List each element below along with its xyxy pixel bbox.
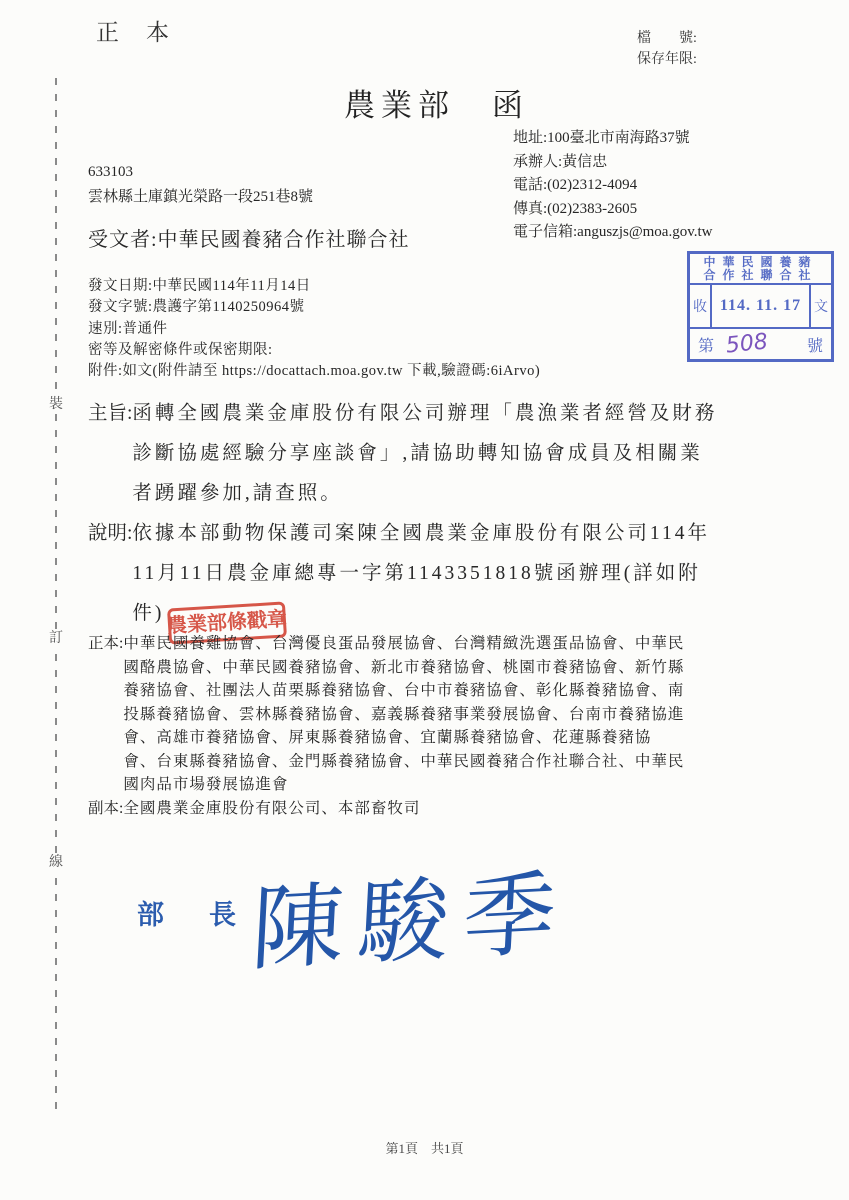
description-line: 11月11日農金庫總專一字第1143351818號函辦理(詳如附	[132, 554, 760, 594]
copy-recipients-label: 副本:	[88, 797, 123, 821]
receipt-stamp-doc-label: 文	[809, 285, 831, 327]
description-lines: 依據本部動物保護司案陳全國農業金庫股份有限公司114年 11月11日農金庫總專一…	[132, 514, 760, 641]
distribution-block: 正本: 中華民國養雞協會、台灣優良蛋品發展協會、台灣精緻洗選蛋品協會、中華民 國…	[88, 632, 768, 820]
official-letter-page: 裝 訂 線 正 本 檔 號: 保存年限: 農業部 函 地址:100臺北市南海路3…	[0, 0, 849, 1200]
document-meta-block: 發文日期:中華民國114年11月14日 發文字號:農護字第1140250964號…	[88, 276, 540, 382]
receipt-stamp-number-row: 第 508 號	[690, 329, 831, 359]
speed-class-line: 速別:普通件	[88, 319, 540, 340]
file-number-block: 檔 號: 保存年限:	[637, 28, 697, 70]
copy-recipients-lines: 全國農業金庫股份有限公司、本部畜牧司	[123, 797, 420, 821]
receipt-stamp-org-line2: 合作社聯合社	[692, 269, 829, 282]
original-recipients-line: 會、高雄市養豬協會、屏東縣養豬協會、宜蘭縣養豬協會、花蓮縣養豬協	[123, 726, 684, 750]
binding-mark-ding: 訂	[47, 630, 65, 648]
recipient-zip: 633103	[88, 160, 313, 185]
receipt-stamp-received-label: 收	[690, 285, 712, 327]
original-recipients-line: 會、台東縣養豬協會、金門縣養豬協會、中華民國養豬合作社聯合社、中華民	[123, 750, 684, 774]
document-title: 農業部 函	[0, 80, 849, 125]
attachment-line: 附件:如文(附件請至 https://docattach.moa.gov.tw …	[88, 361, 540, 382]
binding-mark-xian: 線	[47, 854, 65, 872]
original-recipients-line: 中華民國養雞協會、台灣優良蛋品發展協會、台灣精緻洗選蛋品協會、中華民	[123, 632, 684, 656]
receipt-stamp-number-prefix: 第	[698, 333, 714, 356]
agency-contact-block: 地址:100臺北市南海路37號 承辦人:黃信忠 電話:(02)2312-4094…	[513, 127, 713, 245]
original-recipients-line: 養豬協會、社團法人苗栗縣養豬協會、台中市養豬協會、彰化縣養豬協會、南	[123, 679, 684, 703]
letter-body: 主旨: 函轉全國農業金庫股份有限公司辦理「農漁業者經營及財務 診斷協處經驗分享座…	[88, 394, 760, 641]
agency-email: 電子信箱:anguszjs@moa.gov.tw	[513, 221, 713, 245]
subject-label: 主旨:	[88, 394, 132, 514]
agency-phone: 電話:(02)2312-4094	[513, 174, 713, 198]
copy-recipients-line: 全國農業金庫股份有限公司、本部畜牧司	[123, 797, 420, 821]
receipt-stamp-org: 中華民國養豬 合作社聯合社	[690, 254, 831, 283]
agency-fax: 傳真:(02)2383-2605	[513, 198, 713, 222]
receipt-stamp-number-suffix: 號	[807, 333, 823, 356]
description-label: 說明:	[88, 514, 132, 641]
description-paragraph: 說明: 依據本部動物保護司案陳全國農業金庫股份有限公司114年 11月11日農金…	[88, 514, 760, 641]
receipt-stamp-date-row: 收 114. 11. 17 文	[690, 283, 831, 329]
agency-address: 地址:100臺北市南海路37號	[513, 127, 713, 151]
original-recipients-line: 投縣養豬協會、雲林縣養豬協會、嘉義縣養豬事業發展協會、台南市養豬協進	[123, 703, 684, 727]
receipt-stamp-handwritten-number: 508	[724, 329, 768, 358]
binding-dashed-line	[55, 78, 57, 1110]
security-class-line: 密等及解密條件或保密期限:	[88, 340, 540, 361]
receipt-stamp-date: 114. 11. 17	[712, 285, 809, 327]
original-recipients-line: 國肉品市場發展協進會	[123, 773, 684, 797]
description-line-end: 件)	[132, 603, 164, 624]
minister-signature: 陳駿季	[249, 839, 574, 988]
agency-contact-person: 承辦人:黃信忠	[513, 151, 713, 175]
issue-number-line: 發文字號:農護字第1140250964號	[88, 297, 540, 318]
original-recipients-lines: 中華民國養雞協會、台灣優良蛋品發展協會、台灣精緻洗選蛋品協會、中華民 國酪農協會…	[123, 632, 684, 797]
subject-line: 者踴躍參加,請查照。	[132, 474, 760, 514]
file-number-label: 檔 號:	[637, 28, 697, 49]
copy-type-label: 正 本	[96, 14, 171, 47]
subject-lines: 函轉全國農業金庫股份有限公司辦理「農漁業者經營及財務 診斷協處經驗分享座談會」,…	[132, 394, 760, 514]
original-recipients-label: 正本:	[88, 632, 123, 797]
subject-line: 診斷協處經驗分享座談會」,請協助轉知協會成員及相關業	[132, 434, 760, 474]
subject-line: 函轉全國農業金庫股份有限公司辦理「農漁業者經營及財務	[132, 394, 760, 434]
copy-recipients-paragraph: 副本: 全國農業金庫股份有限公司、本部畜牧司	[88, 797, 768, 821]
issue-date-line: 發文日期:中華民國114年11月14日	[88, 276, 540, 297]
recipient-postal-block: 633103 雲林縣土庫鎮光榮路一段251巷8號	[88, 160, 313, 210]
recipient-street: 雲林縣土庫鎮光榮路一段251巷8號	[88, 185, 313, 210]
original-recipients-line: 國酪農協會、中華民國養豬協會、新北市養豬協會、桃園市養豬協會、新竹縣	[123, 656, 684, 680]
recipient-line: 受文者:中華民國養豬合作社聯合社	[88, 223, 410, 252]
retention-period-label: 保存年限:	[637, 49, 697, 70]
original-recipients-paragraph: 正本: 中華民國養雞協會、台灣優良蛋品發展協會、台灣精緻洗選蛋品協會、中華民 國…	[88, 632, 768, 797]
page-number: 第1頁 共1頁	[0, 1138, 849, 1157]
binding-mark-zhuang: 裝	[47, 396, 65, 414]
subject-paragraph: 主旨: 函轉全國農業金庫股份有限公司辦理「農漁業者經營及財務 診斷協處經驗分享座…	[88, 394, 760, 514]
description-line: 依據本部動物保護司案陳全國農業金庫股份有限公司114年	[132, 514, 760, 554]
receipt-stamp: 中華民國養豬 合作社聯合社 收 114. 11. 17 文 第 508 號	[687, 251, 834, 362]
